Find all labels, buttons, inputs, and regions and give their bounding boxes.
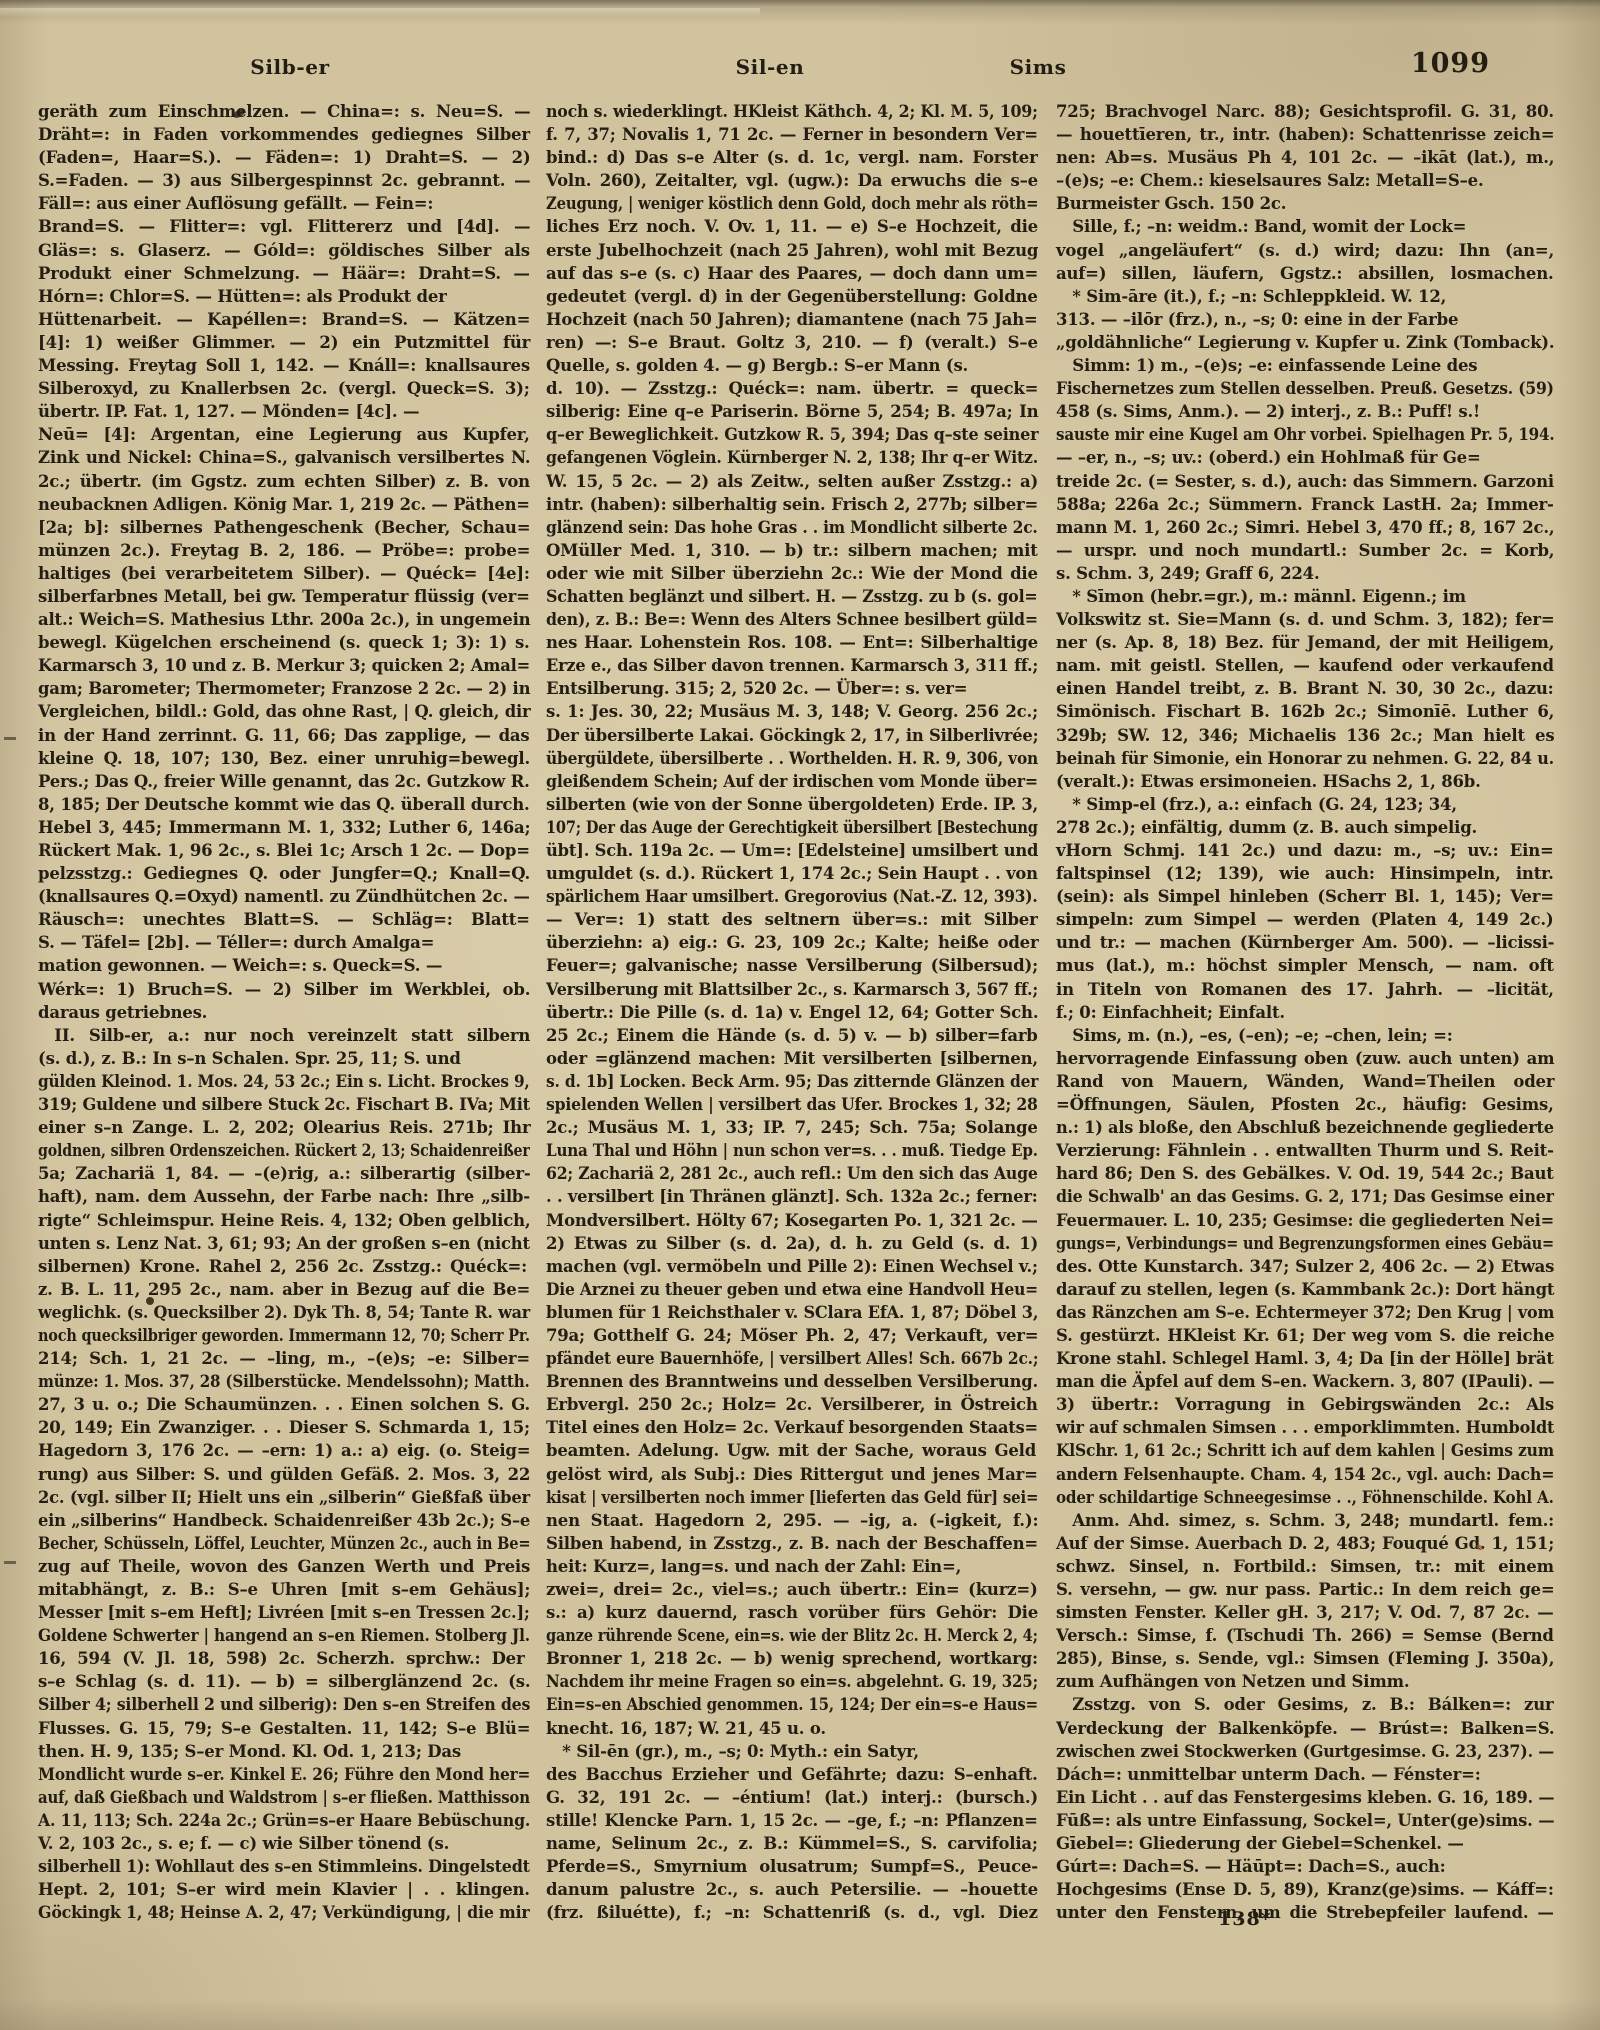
text-line: S. — Täfel= [2b]. — Téller=: durch Amalg…: [38, 931, 530, 954]
text-line: f. 7, 37; Novalis 1, 71 2c. — Ferner in …: [546, 123, 1038, 146]
text-line: vHorn Schmj. 141 2c.) und dazu: m., –s; …: [1056, 839, 1554, 862]
text-line: machen (vgl. vermöbeln und Pille 2): Ein…: [546, 1255, 1038, 1278]
text-line: — –er, n., –s; uv.: (oberd.) ein Hohlmaß…: [1056, 446, 1554, 469]
text-line: Hagedorn 3, 176 2c. — –ern: 1) a.: a) ei…: [38, 1439, 530, 1462]
text-line: Hept. 2, 101; S–er wird mein Klavier | .…: [38, 1878, 530, 1901]
text-line: s. d. 1b] Locken. Beck Arm. 95; Das zitt…: [546, 1070, 1038, 1093]
text-line: geräth zum Einschmelzen. — China=: s. Ne…: [38, 100, 530, 123]
text-line: den), z. B.: Be=: Wenn des Alters Schnee…: [546, 608, 1038, 631]
text-line: 2c.; Musäus M. 1, 33; IP. 7, 245; Sch. 7…: [546, 1116, 1038, 1139]
text-line: Rand von Mauern, Wänden, Wand=Theilen od…: [1056, 1070, 1554, 1093]
text-line: ganze rührende Scene, ein=s. wie der Bli…: [546, 1624, 1038, 1647]
text-line: Simönisch. Fischart B. 162b 2c.; Simonīē…: [1056, 700, 1554, 723]
text-line: S. versehn, — gw. nur pass. Partic.: In …: [1056, 1578, 1554, 1601]
text-line: Sims, m. (n.), –es, (–en); –e; –chen, le…: [1056, 1024, 1554, 1047]
text-line: 329b; SW. 12, 346; Michaelis 136 2c.; Ma…: [1056, 724, 1554, 747]
text-line: 62; Zachariä 2, 281 2c., auch refl.: Um …: [546, 1162, 1038, 1185]
text-line: simpeln: zum Simpel — werden (Platen 4, …: [1056, 908, 1554, 931]
text-line: silberten (wie von der Sonne übergoldete…: [546, 793, 1038, 816]
text-line: daraus getriebnes.: [38, 1001, 530, 1024]
text-line: G. 32, 191 2c. — –éntium! (lat.) interj.…: [546, 1786, 1038, 1809]
text-line: Zeugung, | weniger köstlich denn Gold, d…: [546, 192, 1038, 215]
scan-edge-top: [0, 0, 1600, 7]
text-line: Titel eines den Holz= 2c. Verkauf besorg…: [546, 1416, 1038, 1439]
text-line: gedeutet (vergl. d) in der Gegenüberstel…: [546, 285, 1038, 308]
text-line: blumen für 1 Reichsthaler v. SClara EfA.…: [546, 1301, 1038, 1324]
text-line: Entsilberung. 315; 2, 520 2c. — Über=: s…: [546, 677, 1038, 700]
text-line: KlSchr. 1, 61 2c.; Schritt ich auf dem k…: [1056, 1439, 1554, 1462]
text-line: 20, 149; Ein Zwanziger. . . Dieser S. Sc…: [38, 1416, 530, 1439]
text-line: goldnen, silbren Ordenszeichen. Rückert …: [38, 1139, 530, 1162]
text-line: die Schwalb' an das Gesims. G. 2, 171; D…: [1056, 1185, 1554, 1208]
text-line: 2) Etwas zu Silber (s. d. 2a), d. h. zu …: [546, 1232, 1038, 1255]
text-line: spielenden Wellen | versilbert das Ufer.…: [546, 1093, 1038, 1116]
text-line: 3) übertr.: Vorragung in Gebirgswänden 2…: [1056, 1393, 1554, 1416]
text-line: Göckingk 1, 48; Heinse A. 2, 47; Verkünd…: [38, 1901, 530, 1924]
text-line: Ein Licht . . auf das Fenstergesims kleb…: [1056, 1786, 1554, 1809]
text-line: Gúrt=: Dach=S. — Häūpt=: Dach=S., auch:: [1056, 1855, 1554, 1878]
text-line: q–er Beweglichkeit. Gutzkow R. 5, 394; D…: [546, 423, 1038, 446]
text-line: nam. mit geistl. Stellen, — kaufend oder…: [1056, 654, 1554, 677]
text-line: hervorragende Einfassung oben (zuw. auch…: [1056, 1047, 1554, 1070]
text-line: Versilberung mit Blattsilber 2c., s. Kar…: [546, 978, 1038, 1001]
text-line: –(e)s; –e: Chem.: kieselsaures Salz: Met…: [1056, 169, 1554, 192]
text-line: Feuer=; galvanische; nasse Versilberung …: [546, 954, 1038, 977]
text-line: nes Haar. Lohenstein Ros. 108. — Ent=: S…: [546, 631, 1038, 654]
text-line: liches Erz noch. V. Ov. 1, 11. — e) S–e …: [546, 215, 1038, 238]
text-line: d. 10). — Zsstzg.: Quéck=: nam. übertr. …: [546, 377, 1038, 400]
text-line: zwischen zwei Stockwerken (Gurtgesimse. …: [1056, 1740, 1554, 1763]
text-line: Hebel 3, 445; Immermann M. 1, 332; Luthe…: [38, 816, 530, 839]
text-line: W. 15, 5 2c. — 2) als Zeitw., selten auß…: [546, 470, 1038, 493]
text-line: vogel „angeläufert“ (s. d.) wird; dazu: …: [1056, 239, 1554, 262]
text-line: Produkt einer Schmelzung. — Häär=: Draht…: [38, 262, 530, 285]
text-line: Räusch=: unechtes Blatt=S. — Schläg=: Bl…: [38, 908, 530, 931]
text-line: Mondversilbert. Hölty 67; Kosegarten Po.…: [546, 1209, 1038, 1232]
text-line: münze: 1. Mos. 37, 28 (Silberstücke. Men…: [38, 1370, 530, 1393]
text-line: wir auf schmalen Simsen . . . emporklimm…: [1056, 1416, 1554, 1439]
text-line: 214; Sch. 1, 21 2c. — –ling, m., –(e)s; …: [38, 1347, 530, 1370]
text-line: Gläs=: s. Glaserz. — Góld=: göldisches S…: [38, 239, 530, 262]
text-line: silberfarbnes Metall, bei gw. Temperatur…: [38, 585, 530, 608]
text-line: man die Äpfel auf dem S–en. Wackern. 3, …: [1056, 1370, 1554, 1393]
text-line: * Sim-āre (it.), f.; –n: Schleppkleid. W…: [1056, 285, 1554, 308]
text-line: V. 2, 103 2c., s. e; f. — c) wie Silber …: [38, 1832, 530, 1855]
text-line: bind.: d) Das s–e Alter (s. d. 1c, vergl…: [546, 146, 1038, 169]
text-line: münzen 2c.). Freytag B. 2, 186. — Pröbe=…: [38, 539, 530, 562]
text-line: (Faden=, Haar=S.). — Fäden=: 1) Draht=S.…: [38, 146, 530, 169]
scan-edge-highlight: [0, 8, 760, 17]
text-line: name, Selinum 2c., z. B.: Kümmel=S., S. …: [546, 1832, 1038, 1855]
text-line: Volkswitz st. Sie=Mann (s. d. und Schm. …: [1056, 608, 1554, 631]
text-line: Pferde=S., Smyrnium olusatrum; Sumpf=S.,…: [546, 1855, 1038, 1878]
text-line: — urspr. und noch mundartl.: Sumber 2c. …: [1056, 539, 1554, 562]
text-line: 79a; Gotthelf G. 24; Möser Ph. 2, 47; Ve…: [546, 1324, 1038, 1347]
text-line: s. 1: Jes. 30, 22; Musäus M. 3, 148; V. …: [546, 700, 1038, 723]
text-line: oder schildartige Schneegesimse . ., Föh…: [1056, 1486, 1554, 1509]
text-line: andern Felsenhaupte. Cham. 4, 154 2c., v…: [1056, 1463, 1554, 1486]
text-line: (knallsaures Q.=Oxyd) namentl. zu Zündhü…: [38, 885, 530, 908]
text-line: * Sil-ēn (gr.), m., –s; 0: Myth.: ein Sa…: [546, 1740, 1038, 1763]
dictionary-column-3: 725; Brachvogel Narc. 88); Gesichtsprofi…: [1056, 100, 1554, 1936]
text-line: Krone stahl. Schlegel Haml. 3, 4; Da [in…: [1056, 1347, 1554, 1370]
text-line: Dräht=: in Faden vorkommendes gediegnes …: [38, 123, 530, 146]
text-line: auf das s–e (s. c) Haar des Paares, — do…: [546, 262, 1038, 285]
page-number: 1099: [1411, 48, 1490, 79]
text-line: Der übersilberte Lakai. Göckingk 2, 17, …: [546, 724, 1038, 747]
text-line: simsten Fenster. Keller gH. 3, 217; V. O…: [1056, 1601, 1554, 1624]
text-line: . . versilbert [in Thränen glänzt]. Sch.…: [546, 1185, 1038, 1208]
text-line: weglichk. (s. Quecksilber 2). Dyk Th. 8,…: [38, 1301, 530, 1324]
signature-mark: 138*: [1218, 1908, 1272, 1930]
text-line: überziehn: a) eig.: G. 23, 109 2c.; Kalt…: [546, 931, 1038, 954]
text-line: 725; Brachvogel Narc. 88); Gesichtsprofi…: [1056, 100, 1554, 123]
text-line: A. 11, 113; Sch. 224a 2c.; Grün=s–er Haa…: [38, 1809, 530, 1832]
text-line: nen: Ab=s. Musäus Ph 4, 101 2c. — –ikāt …: [1056, 146, 1554, 169]
text-line: unten s. Lenz Nat. 3, 61; 93; An der gro…: [38, 1232, 530, 1255]
text-line: in Titeln von Romanen des 17. Jahrh. — –…: [1056, 978, 1554, 1001]
text-line: S.=Faden. — 3) aus Silbergespinnst 2c. g…: [38, 169, 530, 192]
text-line: Sille, f.; –n: weidm.: Band, womit der L…: [1056, 215, 1554, 238]
text-line: (s. d.), z. B.: In s–n Schalen. Spr. 25,…: [38, 1047, 530, 1070]
text-line: einen Handel treibt, z. B. Brant N. 30, …: [1056, 677, 1554, 700]
text-line: oder wie mit Silber überziehn 2c.: Wie d…: [546, 562, 1038, 585]
text-line: pfändet eure Bauernhöfe, | versilbert Al…: [546, 1347, 1038, 1370]
text-line: Brennen des Branntweins und desselben Ve…: [546, 1370, 1038, 1393]
text-line: (veralt.): Etwas ersimoneien. HSachs 2, …: [1056, 770, 1554, 793]
text-line: und tr.: — machen (Kürnberger Am. 500). …: [1056, 931, 1554, 954]
text-line: des Bacchus Erzieher und Gefährte; dazu:…: [546, 1763, 1038, 1786]
text-line: übertr.: Die Pille (s. d. 1a) v. Engel 1…: [546, 1001, 1038, 1024]
text-line: Silberoxyd, zu Knallerbsen 2c. (vergl. Q…: [38, 377, 530, 400]
text-line: oder =glänzend machen: Mit versilberten …: [546, 1047, 1038, 1070]
text-line: „goldähnliche“ Legierung v. Kupfer u. Zi…: [1056, 331, 1554, 354]
text-line: Bronner 1, 218 2c. — b) wenig sprechend,…: [546, 1647, 1038, 1670]
text-line: in der Hand zerrinnt. G. 11, 66; Das zap…: [38, 724, 530, 747]
text-line: übt]. Sch. 119a 2c. — Um=: [Edelsteine] …: [546, 839, 1038, 862]
text-line: gefangenen Vöglein. Kürnberger N. 2, 138…: [546, 446, 1038, 469]
text-line: Goldene Schwerter | hangend an s–en Riem…: [38, 1624, 530, 1647]
text-line: (frz. ßiluétte), f.; –n: Schattenriß (s.…: [546, 1901, 1038, 1924]
text-line: 313. — –ilōr (frz.), n., –s; 0: eine in …: [1056, 308, 1554, 331]
text-line: zwei=, drei= 2c., viel=s.; auch übertr.:…: [546, 1578, 1038, 1601]
text-line: 27, 3 u. o.; Die Schaumünzen. . . Einen …: [38, 1393, 530, 1416]
scanned-dictionary-page: Silb-er Sil-en Sims 1099 geräth zum Eins…: [0, 0, 1600, 2030]
text-line: Hochgesims (Ense D. 5, 89), Kranz(ge)sim…: [1056, 1878, 1554, 1901]
text-line: umguldet (s. d.). Rückert 1, 174 2c.; Se…: [546, 862, 1038, 885]
text-line: Hórn=: Chlor=S. — Hütten=: als Produkt d…: [38, 285, 530, 308]
text-line: ein „silberins“ Handbeck. Schaidenreißer…: [38, 1509, 530, 1532]
margin-mark: [4, 737, 16, 740]
text-line: OMüller Med. 1, 310. — b) tr.: silbern m…: [546, 539, 1038, 562]
text-line: z. B. L. 11, 295 2c., nam. aber in Bezug…: [38, 1278, 530, 1301]
text-line: Simm: 1) m., –(e)s; –e: einfassende Lein…: [1056, 354, 1554, 377]
dictionary-column-2: noch s. wiederklingt. HKleist Käthch. 4,…: [546, 100, 1038, 1936]
text-line: gülden Kleinod. 1. Mos. 24, 53 2c.; Ein …: [38, 1070, 530, 1093]
text-line: bewegl. Kügelchen erscheinend (s. queck …: [38, 631, 530, 654]
text-line: 588a; 226a 2c.; Sümmern. Franck LastH. 2…: [1056, 493, 1554, 516]
text-line: pelzsstzg.: Gediegnes Q. oder Jungfer=Q.…: [38, 862, 530, 885]
text-line: treide 2c. (= Sester, s. d.), auch: das …: [1056, 470, 1554, 493]
text-line: gam; Barometer; Thermometer; Franzose 2 …: [38, 677, 530, 700]
text-line: n.: 1) als bloße, den Abschluß bezeichne…: [1056, 1116, 1554, 1139]
text-line: mitabhängt, z. B.: S–e Uhren [mit s–em G…: [38, 1578, 530, 1601]
text-line: Neū= [4]: Argentan, eine Legierung aus K…: [38, 423, 530, 446]
text-line: 319; Guldene und silbere Stuck 2c. Fisch…: [38, 1093, 530, 1116]
text-line: then. H. 9, 135; S–er Mond. Kl. Od. 1, 2…: [38, 1740, 530, 1763]
text-line: 25 2c.; Einem die Hände (s. d. 5) v. — b…: [546, 1024, 1038, 1047]
text-line: darauf zu stellen, legen (s. Kammbank 2c…: [1056, 1278, 1554, 1301]
text-line: Fäll=: aus einer Auflösung gefällt. — Fe…: [38, 192, 530, 215]
text-line: spärlichem Haar umsilbert. Gregorovius (…: [546, 885, 1038, 908]
text-line: silbernen) Krone. Rahel 2, 256 2c. Zsstz…: [38, 1255, 530, 1278]
text-line: 2c.; übertr. (im Ggstz. zum echten Silbe…: [38, 470, 530, 493]
text-line: übergüldete, übersilberte . . Worthelden…: [546, 747, 1038, 770]
text-line: heit: Kurz=, lang=s. und nach der Zahl: …: [546, 1555, 1038, 1578]
text-line: des. Otte Kunstarch. 347; Sulzer 2, 406 …: [1056, 1255, 1554, 1278]
text-line: sauste mir eine Kugel am Ohr vorbei. Spi…: [1056, 423, 1554, 446]
running-head-left: Silb-er: [250, 55, 329, 79]
text-line: auf, daß Gießbach und Waldstrom | s–er f…: [38, 1786, 530, 1809]
text-line: 458 (s. Sims, Anm.). — 2) interj., z. B.…: [1056, 400, 1554, 423]
text-line: Feuermauer. L. 10, 235; Gesimse: die geg…: [1056, 1209, 1554, 1232]
text-line: * Sīmon (hebr.=gr.), m.: männl. Eigenn.;…: [1056, 585, 1554, 608]
text-line: zug auf Theile, wovon des Ganzen Werth u…: [38, 1555, 530, 1578]
text-line: Silber 4; silberhell 2 und silberig): De…: [38, 1693, 530, 1716]
text-line: s–e Schlag (s. d. 11). — b) = silberglän…: [38, 1670, 530, 1693]
text-line: 285), Binse, s. Sende, vgl.: Simsen (Fle…: [1056, 1647, 1554, 1670]
text-line: II. Silb-er, a.: nur noch vereinzelt sta…: [38, 1024, 530, 1047]
text-line: haft), nam. dem Aussehn, der Farbe nach:…: [38, 1185, 530, 1208]
text-line: rung) aus Silber: S. und gülden Gefäß. 2…: [38, 1463, 530, 1486]
text-line: 107; Der das Auge der Gerechtigkeit über…: [546, 816, 1038, 839]
text-line: [2a; b]: silbernes Pathengeschenk (Beche…: [38, 516, 530, 539]
text-line: Quelle, s. golden 4. — g) Bergb.: S–er M…: [546, 354, 1038, 377]
text-line: beinah für Simonie, ein Honorar zu nehme…: [1056, 747, 1554, 770]
text-line: auf=) sillen, läufern, Ggstz.: absillen,…: [1056, 262, 1554, 285]
text-line: unter den Fenstern, um die Strebepfeiler…: [1056, 1901, 1554, 1924]
dictionary-column-1: geräth zum Einschmelzen. — China=: s. Ne…: [38, 100, 530, 1936]
text-line: Messing. Freytag Soll 1, 142. — Knáll=: …: [38, 354, 530, 377]
text-line: nen Staat. Hagedorn 2, 295. — –ig, a. (–…: [546, 1509, 1038, 1532]
text-line: stille! Klencke Parn. 1, 15 2c. — –ge, f…: [546, 1809, 1038, 1832]
text-line: Brand=S. — Flitter=: vgl. Flittererz und…: [38, 215, 530, 238]
text-line: Dách=: unmittelbar unterm Dach. — Fénste…: [1056, 1763, 1554, 1786]
text-line: Versch.: Simse, f. (Tschudi Th. 266) = S…: [1056, 1624, 1554, 1647]
text-line: Voln. 260), Zeitalter, vgl. (ugw.): Da e…: [546, 169, 1038, 192]
text-line: Schatten beglänzt und silbert. H. — Zsst…: [546, 585, 1038, 608]
text-line: Silben habend, in Zsstzg., z. B. nach de…: [546, 1532, 1038, 1555]
text-line: Hüttenarbeit. — Kapéllen=: Brand=S. — Kä…: [38, 308, 530, 331]
text-line: mus (lat.), m.: höchst simpler Mensch, —…: [1056, 954, 1554, 977]
text-line: silberhell 1): Wohllaut des s–en Stimmle…: [38, 1855, 530, 1878]
text-line: gelöst wird, als Subj.: Dies Rittergut u…: [546, 1463, 1038, 1486]
text-line: Hochzeit (nach 50 Jahren); diamantene (n…: [546, 308, 1038, 331]
text-line: kisat | versilberten noch immer [liefert…: [546, 1486, 1038, 1509]
text-line: Vergleichen, bildl.: Gold, das ohne Rast…: [38, 700, 530, 723]
text-line: glänzend sein: Das hohe Gras . . im Mond…: [546, 516, 1038, 539]
text-line: gleißendem Schein; Auf der irdischen vom…: [546, 770, 1038, 793]
text-line: mation gewonnen. — Weich=: s. Queck=S. —: [38, 954, 530, 977]
text-line: Auf der Simse. Auerbach D. 2, 483; Fouqu…: [1056, 1532, 1554, 1555]
text-line: Fūß=: als untre Einfassung, Sockel=, Unt…: [1056, 1809, 1554, 1832]
text-line: alt.: Weich=S. Mathesius Lthr. 200a 2c.)…: [38, 608, 530, 631]
text-line: =Öffnungen, Säulen, Pfosten 2c., häufig:…: [1056, 1093, 1554, 1116]
text-line: 5a; Zachariä 1, 84. — –(e)rig, a.: silbe…: [38, 1162, 530, 1185]
text-line: 8, 185; Der Deutsche kommt wie das Q. üb…: [38, 793, 530, 816]
text-line: s.: a) kurz dauernd, rasch vorüber fürs …: [546, 1601, 1038, 1624]
text-line: zum Aufhängen von Netzen und Simm.: [1056, 1670, 1554, 1693]
text-line: noch quecksilbriger geworden. Immermann …: [38, 1324, 530, 1347]
text-line: * Simp-el (frz.), a.: einfach (G. 24, 12…: [1056, 793, 1554, 816]
text-line: Luna Thal und Höhn | nun schon ver=s. . …: [546, 1139, 1038, 1162]
text-line: faltspinsel (12; 139), wie auch: Hinsimp…: [1056, 862, 1554, 885]
text-line: Nachdem ihr meine Fragen so ein=s. abgel…: [546, 1670, 1038, 1693]
text-line: kleine Q. 18, 107; 130, Bez. einer unruh…: [38, 747, 530, 770]
text-line: übertr. IP. Fat. 1, 127. — Mönden= [4c].…: [38, 400, 530, 423]
text-line: rigte“ Schleimspur. Heine Reis. 4, 132; …: [38, 1209, 530, 1232]
text-line: Becher, Schüsseln, Löffel, Leuchter, Mün…: [38, 1532, 530, 1555]
text-line: Fischernetzes zum Stellen desselben. Pre…: [1056, 377, 1554, 400]
margin-mark: [4, 1561, 16, 1564]
text-line: (sein): als Simpel hinleben (Scherr Bl. …: [1056, 885, 1554, 908]
text-line: Mondlicht wurde s–er. Kinkel E. 26; Führ…: [38, 1763, 530, 1786]
text-line: hard 86; Den S. des Gebälkes. V. Od. 19,…: [1056, 1162, 1554, 1185]
text-line: Ein=s–en Abschied genommen. 15, 124; Der…: [546, 1693, 1038, 1716]
text-line: Erze e., das Silber davon trennen. Karma…: [546, 654, 1038, 677]
text-line: mann M. 1, 260 2c.; Simri. Hebel 3, 470 …: [1056, 516, 1554, 539]
text-line: neubacknen Adligen. König Mar. 1, 219 2c…: [38, 493, 530, 516]
text-line: noch s. wiederklingt. HKleist Käthch. 4,…: [546, 100, 1038, 123]
text-line: Karmarsch 3, 10 und z. B. Merkur 3; quic…: [38, 654, 530, 677]
text-line: — houettīeren, tr., intr. (haben): Schat…: [1056, 123, 1554, 146]
text-line: schwz. Sinsel, n. Fortbild.: Simsen, tr.…: [1056, 1555, 1554, 1578]
text-line: Verdeckung der Balkenköpfe. — Brúst=: Ba…: [1056, 1717, 1554, 1740]
running-head-center: Sil-en: [736, 55, 805, 79]
text-line: Messer [mit s–em Heft]; Livréen [mit s–e…: [38, 1601, 530, 1624]
text-line: Die Arznei zu theuer geben und etwa eine…: [546, 1278, 1038, 1301]
text-line: Anm. Ahd. simez, s. Schm. 3, 248; mundar…: [1056, 1509, 1554, 1532]
text-line: Wérk=: 1) Bruch=S. — 2) Silber im Werkbl…: [38, 978, 530, 1001]
text-line: einer s–n Zange. L. 2, 202; Olearius Rei…: [38, 1116, 530, 1139]
text-line: Zsstzg. von S. oder Gesims, z. B.: Bálke…: [1056, 1693, 1554, 1716]
text-line: beamten. Adelung. Ugw. mit der Sache, wo…: [546, 1439, 1038, 1462]
text-line: 16, 594 (V. Jl. 18, 598) 2c. Scherzh. sp…: [38, 1647, 530, 1670]
text-line: das Ränzchen am S–e. Echtermeyer 372; De…: [1056, 1301, 1554, 1324]
text-line: Zink und Nickel: China=S., galvanisch ve…: [38, 446, 530, 469]
text-line: erste Jubelhochzeit (nach 25 Jahren), wo…: [546, 239, 1038, 262]
text-line: S. gestürzt. HKleist Kr. 61; Der weg vom…: [1056, 1324, 1554, 1347]
text-line: danum palustre 2c., s. auch Petersilie. …: [546, 1878, 1038, 1901]
text-line: ner (s. Ap. 8, 18) Bez. für Jemand, der …: [1056, 631, 1554, 654]
text-line: knecht. 16, 187; W. 21, 45 u. o.: [546, 1717, 1038, 1740]
text-line: silberig: Eine q–e Pariserin. Börne 5, 2…: [546, 400, 1038, 423]
text-line: gungs=, Verbindungs= und Begrenzungsform…: [1056, 1232, 1554, 1255]
text-line: 2c. (vgl. silber II; Hielt uns ein „silb…: [38, 1486, 530, 1509]
text-line: intr. (haben): silberhaltig sein. Frisch…: [546, 493, 1038, 516]
text-line: Flusses. G. 15, 79; S–e Gestalten. 11, 1…: [38, 1717, 530, 1740]
text-line: Burmeister Gsch. 150 2c.: [1056, 192, 1554, 215]
running-head-right: Sims: [1010, 55, 1067, 79]
text-line: Rückert Mak. 1, 96 2c., s. Blei 1c; Arsc…: [38, 839, 530, 862]
text-line: ren) —: S–e Braut. Goltz 3, 210. — f) (v…: [546, 331, 1038, 354]
text-line: 278 2c.); einfältig, dumm (z. B. auch si…: [1056, 816, 1554, 839]
text-line: Erbvergl. 250 2c.; Holz= 2c. Versilberer…: [546, 1393, 1038, 1416]
text-line: Gīebel=: Gliederung der Giebel=Schenkel.…: [1056, 1832, 1554, 1855]
text-line: s. Schm. 3, 249; Graff 6, 224.: [1056, 562, 1554, 585]
text-line: Pers.; Das Q., freier Wille genannt, das…: [38, 770, 530, 793]
text-line: [4]: 1) weißer Glimmer. — 2) ein Putzmit…: [38, 331, 530, 354]
text-line: — Ver=: 1) statt des seltnern über=s.: m…: [546, 908, 1038, 931]
text-line: Verzierung: Fähnlein . . entwallten Thur…: [1056, 1139, 1554, 1162]
text-line: haltiges (bei verarbeitetem Silber). — Q…: [38, 562, 530, 585]
text-line: f.; 0: Einfachheit; Einfalt.: [1056, 1001, 1554, 1024]
